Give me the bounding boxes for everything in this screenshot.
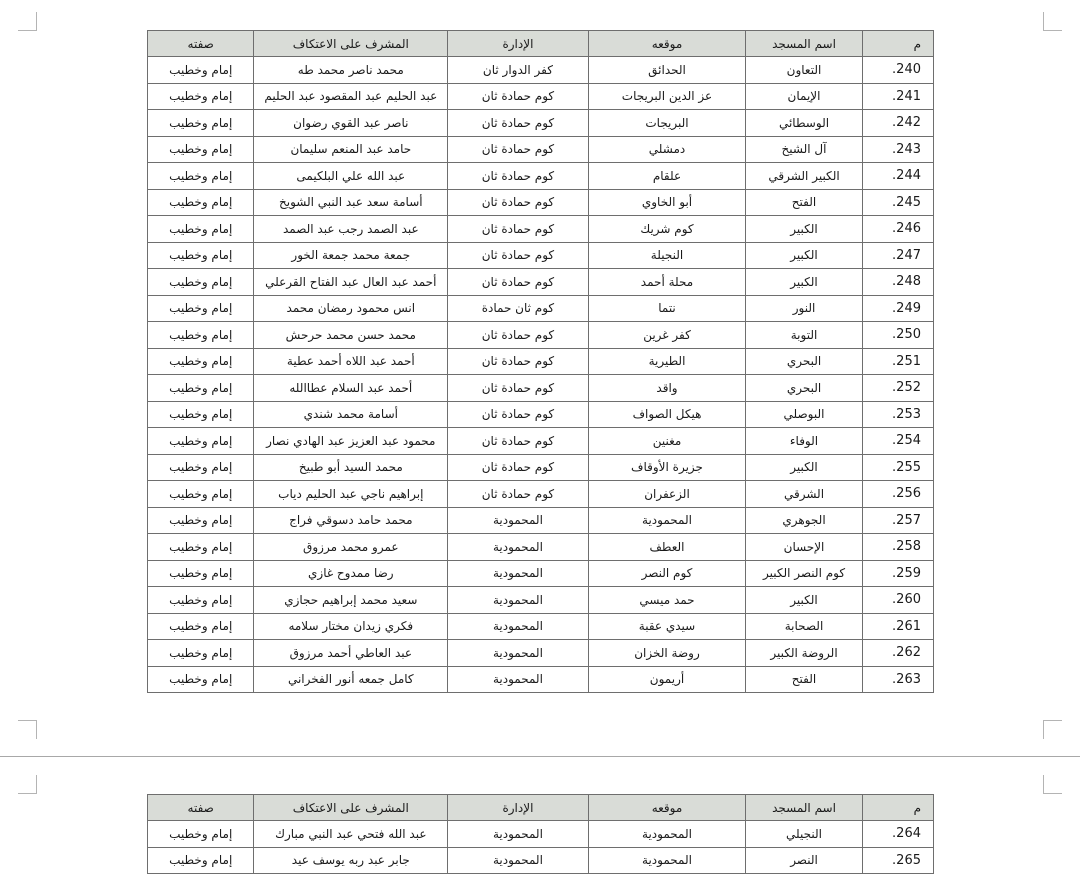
cell-administration: كوم حمادة ثان <box>448 454 589 481</box>
cell-administration: المحمودية <box>448 847 589 874</box>
cell-num: .240 <box>862 57 933 84</box>
table-row: .265النصرالمحموديةالمحموديةجابر عبد ربه … <box>148 847 934 874</box>
cell-role: إمام وخطيب <box>148 322 254 349</box>
cell-mosque-name: الكبير الشرقي <box>746 163 862 190</box>
cell-num: .247 <box>862 242 933 269</box>
cell-supervisor: محمود عبد العزيز عبد الهادي نصار <box>254 428 448 455</box>
cell-role: إمام وخطيب <box>148 401 254 428</box>
table-row: .245الفتحأبو الخاويكوم حمادة ثانأسامة سع… <box>148 189 934 216</box>
cell-mosque-name: الشرقي <box>746 481 862 508</box>
cell-location: واقد <box>588 375 746 402</box>
cell-administration: كوم حمادة ثان <box>448 428 589 455</box>
cell-role: إمام وخطيب <box>148 640 254 667</box>
table-row: .258الإحسانالعطفالمحموديةعمرو محمد مرزوق… <box>148 534 934 561</box>
cell-administration: كفر الدوار ثان <box>448 57 589 84</box>
cell-location: المحمودية <box>588 847 746 874</box>
cell-administration: المحمودية <box>448 613 589 640</box>
table-row: .259كوم النصر الكبيركوم النصرالمحموديةرض… <box>148 560 934 587</box>
table-row: .250التوبةكفر غرينكوم حمادة ثانمحمد حسن … <box>148 322 934 349</box>
cell-num: .262 <box>862 640 933 667</box>
cell-location: علقام <box>588 163 746 190</box>
cell-role: إمام وخطيب <box>148 454 254 481</box>
cell-supervisor: أسامة سعد عبد النبي الشويخ <box>254 189 448 216</box>
table-row: .247الكبيرالنجيلةكوم حمادة ثانجمعة محمد … <box>148 242 934 269</box>
table-row: .255الكبيرجزيرة الأوقافكوم حمادة ثانمحمد… <box>148 454 934 481</box>
cell-supervisor: جابر عبد ربه يوسف عيد <box>254 847 448 874</box>
cell-num: .241 <box>862 83 933 110</box>
cell-role: إمام وخطيب <box>148 847 254 874</box>
cell-num: .250 <box>862 322 933 349</box>
header-supervisor: المشرف على الاعتكاف <box>254 31 448 57</box>
cell-location: المحمودية <box>588 821 746 848</box>
cell-mosque-name: التعاون <box>746 57 862 84</box>
cell-num: .258 <box>862 534 933 561</box>
crop-mark-bottom-right <box>1043 720 1062 739</box>
header-location: موقعه <box>588 31 746 57</box>
cell-supervisor: كامل جمعه أنور الفخراني <box>254 666 448 693</box>
cell-administration: المحمودية <box>448 666 589 693</box>
cell-location: كوم النصر <box>588 560 746 587</box>
cell-mosque-name: الكبير <box>746 454 862 481</box>
cell-role: إمام وخطيب <box>148 163 254 190</box>
header-role: صفته <box>148 795 254 821</box>
cell-num: .243 <box>862 136 933 163</box>
cell-location: عز الدين البريجات <box>588 83 746 110</box>
cell-administration: المحمودية <box>448 640 589 667</box>
cell-supervisor: محمد حامد دسوقي فراج <box>254 507 448 534</box>
cell-location: البريجات <box>588 110 746 137</box>
table-row: .256الشرقيالزعفرانكوم حمادة ثانإبراهيم ن… <box>148 481 934 508</box>
cell-supervisor: أحمد عبد العال عبد الفتاح القرعلي <box>254 269 448 296</box>
cell-supervisor: عبد العاطي أحمد مرزوق <box>254 640 448 667</box>
cell-administration: كوم حمادة ثان <box>448 322 589 349</box>
table-row: .263الفتحأريمونالمحموديةكامل جمعه أنور ا… <box>148 666 934 693</box>
cell-location: أبو الخاوي <box>588 189 746 216</box>
cell-role: إمام وخطيب <box>148 821 254 848</box>
table-row: .246الكبيركوم شريككوم حمادة ثانعبد الصمد… <box>148 216 934 243</box>
table-row: .264النجيليالمحموديةالمحموديةعبد الله فت… <box>148 821 934 848</box>
cell-location: جزيرة الأوقاف <box>588 454 746 481</box>
cell-role: إمام وخطيب <box>148 269 254 296</box>
cell-location: حمد ميسي <box>588 587 746 614</box>
cell-administration: كوم حمادة ثان <box>448 375 589 402</box>
cell-administration: المحمودية <box>448 507 589 534</box>
cell-location: المحمودية <box>588 507 746 534</box>
cell-supervisor: سعيد محمد إبراهيم حجازي <box>254 587 448 614</box>
crop-mark-bottom-left <box>18 720 37 739</box>
cell-administration: المحمودية <box>448 587 589 614</box>
cell-administration: كوم حمادة ثان <box>448 83 589 110</box>
header-mosque-name: اسم المسجد <box>746 795 862 821</box>
header-supervisor: المشرف على الاعتكاف <box>254 795 448 821</box>
header-mosque-name: اسم المسجد <box>746 31 862 57</box>
cell-role: إمام وخطيب <box>148 587 254 614</box>
cell-administration: كوم حمادة ثان <box>448 481 589 508</box>
header-administration: الإدارة <box>448 31 589 57</box>
cell-supervisor: جمعة محمد جمعة الخور <box>254 242 448 269</box>
header-num: م <box>862 31 933 57</box>
cell-mosque-name: التوبة <box>746 322 862 349</box>
cell-num: .246 <box>862 216 933 243</box>
cell-role: إمام وخطيب <box>148 242 254 269</box>
table-row: .243آل الشيخدمشليكوم حمادة ثانحامد عبد ا… <box>148 136 934 163</box>
cell-mosque-name: الكبير <box>746 587 862 614</box>
cell-num: .261 <box>862 613 933 640</box>
cell-supervisor: عبد الصمد رجب عبد الصمد <box>254 216 448 243</box>
cell-administration: المحمودية <box>448 560 589 587</box>
cell-location: العطف <box>588 534 746 561</box>
cell-supervisor: ناصر عبد القوي رضوان <box>254 110 448 137</box>
cell-role: إمام وخطيب <box>148 110 254 137</box>
cell-num: .254 <box>862 428 933 455</box>
table-row: .240التعاونالحدائقكفر الدوار ثانمحمد ناص… <box>148 57 934 84</box>
cell-mosque-name: الجوهري <box>746 507 862 534</box>
cell-mosque-name: الصحابة <box>746 613 862 640</box>
table-row: .262الروضة الكبيرروضة الخزانالمحموديةعبد… <box>148 640 934 667</box>
cell-supervisor: أحمد عبد اللاه أحمد عطية <box>254 348 448 375</box>
cell-role: إمام وخطيب <box>148 189 254 216</box>
cell-administration: كوم حمادة ثان <box>448 136 589 163</box>
document-page-2: م اسم المسجد موقعه الإدارة المشرف على ال… <box>0 757 1080 895</box>
cell-role: إمام وخطيب <box>148 57 254 84</box>
table-row: .251البحريالطيريةكوم حمادة ثانأحمد عبد ا… <box>148 348 934 375</box>
cell-role: إمام وخطيب <box>148 375 254 402</box>
cell-administration: كوم حمادة ثان <box>448 242 589 269</box>
table-row: .252البحريواقدكوم حمادة ثانأحمد عبد السل… <box>148 375 934 402</box>
cell-location: هيكل الصواف <box>588 401 746 428</box>
cell-num: .255 <box>862 454 933 481</box>
table-row: .254الوفاءمغنينكوم حمادة ثانمحمود عبد ال… <box>148 428 934 455</box>
cell-num: .263 <box>862 666 933 693</box>
cell-location: محلة أحمد <box>588 269 746 296</box>
cell-role: إمام وخطيب <box>148 136 254 163</box>
cell-role: إمام وخطيب <box>148 295 254 322</box>
cell-mosque-name: البحري <box>746 375 862 402</box>
table-row: .242الوسطائيالبريجاتكوم حمادة ثانناصر عب… <box>148 110 934 137</box>
cell-supervisor: أحمد عبد السلام عطاالله <box>254 375 448 402</box>
table-row: .244الكبير الشرقيعلقامكوم حمادة ثانعبد ا… <box>148 163 934 190</box>
table-row: .261الصحابةسيدي عقبةالمحموديةفكري زيدان … <box>148 613 934 640</box>
cell-supervisor: عبد الله فتحي عبد النبي مبارك <box>254 821 448 848</box>
header-num: م <box>862 795 933 821</box>
cell-supervisor: أسامة محمد شندي <box>254 401 448 428</box>
cell-num: .248 <box>862 269 933 296</box>
table-row: .257الجوهريالمحموديةالمحموديةمحمد حامد د… <box>148 507 934 534</box>
cell-mosque-name: البحري <box>746 348 862 375</box>
cell-mosque-name: النصر <box>746 847 862 874</box>
cell-location: الطيرية <box>588 348 746 375</box>
crop-mark-top-right <box>1043 12 1062 31</box>
cell-num: .253 <box>862 401 933 428</box>
cell-administration: كوم حمادة ثان <box>448 348 589 375</box>
mosque-table-page-2: م اسم المسجد موقعه الإدارة المشرف على ال… <box>147 794 934 874</box>
cell-num: .244 <box>862 163 933 190</box>
cell-mosque-name: الإيمان <box>746 83 862 110</box>
cell-supervisor: محمد السيد أبو طبيخ <box>254 454 448 481</box>
header-administration: الإدارة <box>448 795 589 821</box>
cell-role: إمام وخطيب <box>148 560 254 587</box>
cell-mosque-name: النور <box>746 295 862 322</box>
cell-num: .251 <box>862 348 933 375</box>
cell-administration: المحمودية <box>448 821 589 848</box>
cell-administration: كوم حمادة ثان <box>448 110 589 137</box>
header-location: موقعه <box>588 795 746 821</box>
cell-mosque-name: الفتح <box>746 666 862 693</box>
cell-num: .265 <box>862 847 933 874</box>
cell-administration: كوم حمادة ثان <box>448 401 589 428</box>
table-row: .260الكبيرحمد ميسيالمحموديةسعيد محمد إبر… <box>148 587 934 614</box>
cell-num: .264 <box>862 821 933 848</box>
table-row: .249النورنتماكوم ثان حمادةانس محمود رمضا… <box>148 295 934 322</box>
cell-num: .249 <box>862 295 933 322</box>
cell-role: إمام وخطيب <box>148 534 254 561</box>
cell-role: إمام وخطيب <box>148 666 254 693</box>
cell-mosque-name: الوفاء <box>746 428 862 455</box>
cell-num: .242 <box>862 110 933 137</box>
cell-location: مغنين <box>588 428 746 455</box>
table-header-row: م اسم المسجد موقعه الإدارة المشرف على ال… <box>148 31 934 57</box>
cell-num: .260 <box>862 587 933 614</box>
cell-location: الزعفران <box>588 481 746 508</box>
cell-mosque-name: البوصلي <box>746 401 862 428</box>
cell-supervisor: حامد عبد المنعم سليمان <box>254 136 448 163</box>
cell-supervisor: فكري زيدان مختار سلامه <box>254 613 448 640</box>
cell-role: إمام وخطيب <box>148 613 254 640</box>
cell-role: إمام وخطيب <box>148 507 254 534</box>
cell-location: دمشلي <box>588 136 746 163</box>
cell-administration: كوم ثان حمادة <box>448 295 589 322</box>
cell-num: .256 <box>862 481 933 508</box>
cell-supervisor: انس محمود رمضان محمد <box>254 295 448 322</box>
cell-administration: المحمودية <box>448 534 589 561</box>
cell-mosque-name: آل الشيخ <box>746 136 862 163</box>
cell-num: .257 <box>862 507 933 534</box>
table-header-row: م اسم المسجد موقعه الإدارة المشرف على ال… <box>148 795 934 821</box>
cell-num: .252 <box>862 375 933 402</box>
table-row: .253البوصليهيكل الصوافكوم حمادة ثانأسامة… <box>148 401 934 428</box>
cell-supervisor: محمد حسن محمد حرحش <box>254 322 448 349</box>
cell-supervisor: عبد الحليم عبد المقصود عبد الحليم <box>254 83 448 110</box>
document-page-1: م اسم المسجد موقعه الإدارة المشرف على ال… <box>0 0 1080 756</box>
cell-role: إمام وخطيب <box>148 83 254 110</box>
cell-role: إمام وخطيب <box>148 428 254 455</box>
table-row: .248الكبيرمحلة أحمدكوم حمادة ثانأحمد عبد… <box>148 269 934 296</box>
cell-role: إمام وخطيب <box>148 348 254 375</box>
cell-mosque-name: الكبير <box>746 269 862 296</box>
cell-location: روضة الخزان <box>588 640 746 667</box>
cell-mosque-name: الوسطائي <box>746 110 862 137</box>
cell-mosque-name: كوم النصر الكبير <box>746 560 862 587</box>
cell-num: .259 <box>862 560 933 587</box>
cell-location: الحدائق <box>588 57 746 84</box>
cell-supervisor: رضا ممدوح غازي <box>254 560 448 587</box>
cell-role: إمام وخطيب <box>148 481 254 508</box>
cell-location: كفر غرين <box>588 322 746 349</box>
cell-mosque-name: الفتح <box>746 189 862 216</box>
mosque-table-page-1: م اسم المسجد موقعه الإدارة المشرف على ال… <box>147 30 934 693</box>
crop-mark-top-right <box>1043 775 1062 794</box>
cell-mosque-name: الإحسان <box>746 534 862 561</box>
table-row: .241الإيمانعز الدين البريجاتكوم حمادة ثا… <box>148 83 934 110</box>
cell-mosque-name: الروضة الكبير <box>746 640 862 667</box>
cell-mosque-name: الكبير <box>746 216 862 243</box>
cell-location: النجيلة <box>588 242 746 269</box>
cell-location: سيدي عقبة <box>588 613 746 640</box>
header-role: صفته <box>148 31 254 57</box>
cell-num: .245 <box>862 189 933 216</box>
cell-location: كوم شريك <box>588 216 746 243</box>
cell-administration: كوم حمادة ثان <box>448 163 589 190</box>
cell-supervisor: عمرو محمد مرزوق <box>254 534 448 561</box>
cell-administration: كوم حمادة ثان <box>448 216 589 243</box>
cell-supervisor: إبراهيم ناجي عبد الحليم دياب <box>254 481 448 508</box>
crop-mark-top-left <box>18 12 37 31</box>
cell-role: إمام وخطيب <box>148 216 254 243</box>
cell-supervisor: محمد ناصر محمد طه <box>254 57 448 84</box>
cell-administration: كوم حمادة ثان <box>448 269 589 296</box>
cell-mosque-name: الكبير <box>746 242 862 269</box>
cell-supervisor: عبد الله علي البلكيمى <box>254 163 448 190</box>
cell-administration: كوم حمادة ثان <box>448 189 589 216</box>
cell-mosque-name: النجيلي <box>746 821 862 848</box>
cell-location: نتما <box>588 295 746 322</box>
cell-location: أريمون <box>588 666 746 693</box>
crop-mark-top-left <box>18 775 37 794</box>
